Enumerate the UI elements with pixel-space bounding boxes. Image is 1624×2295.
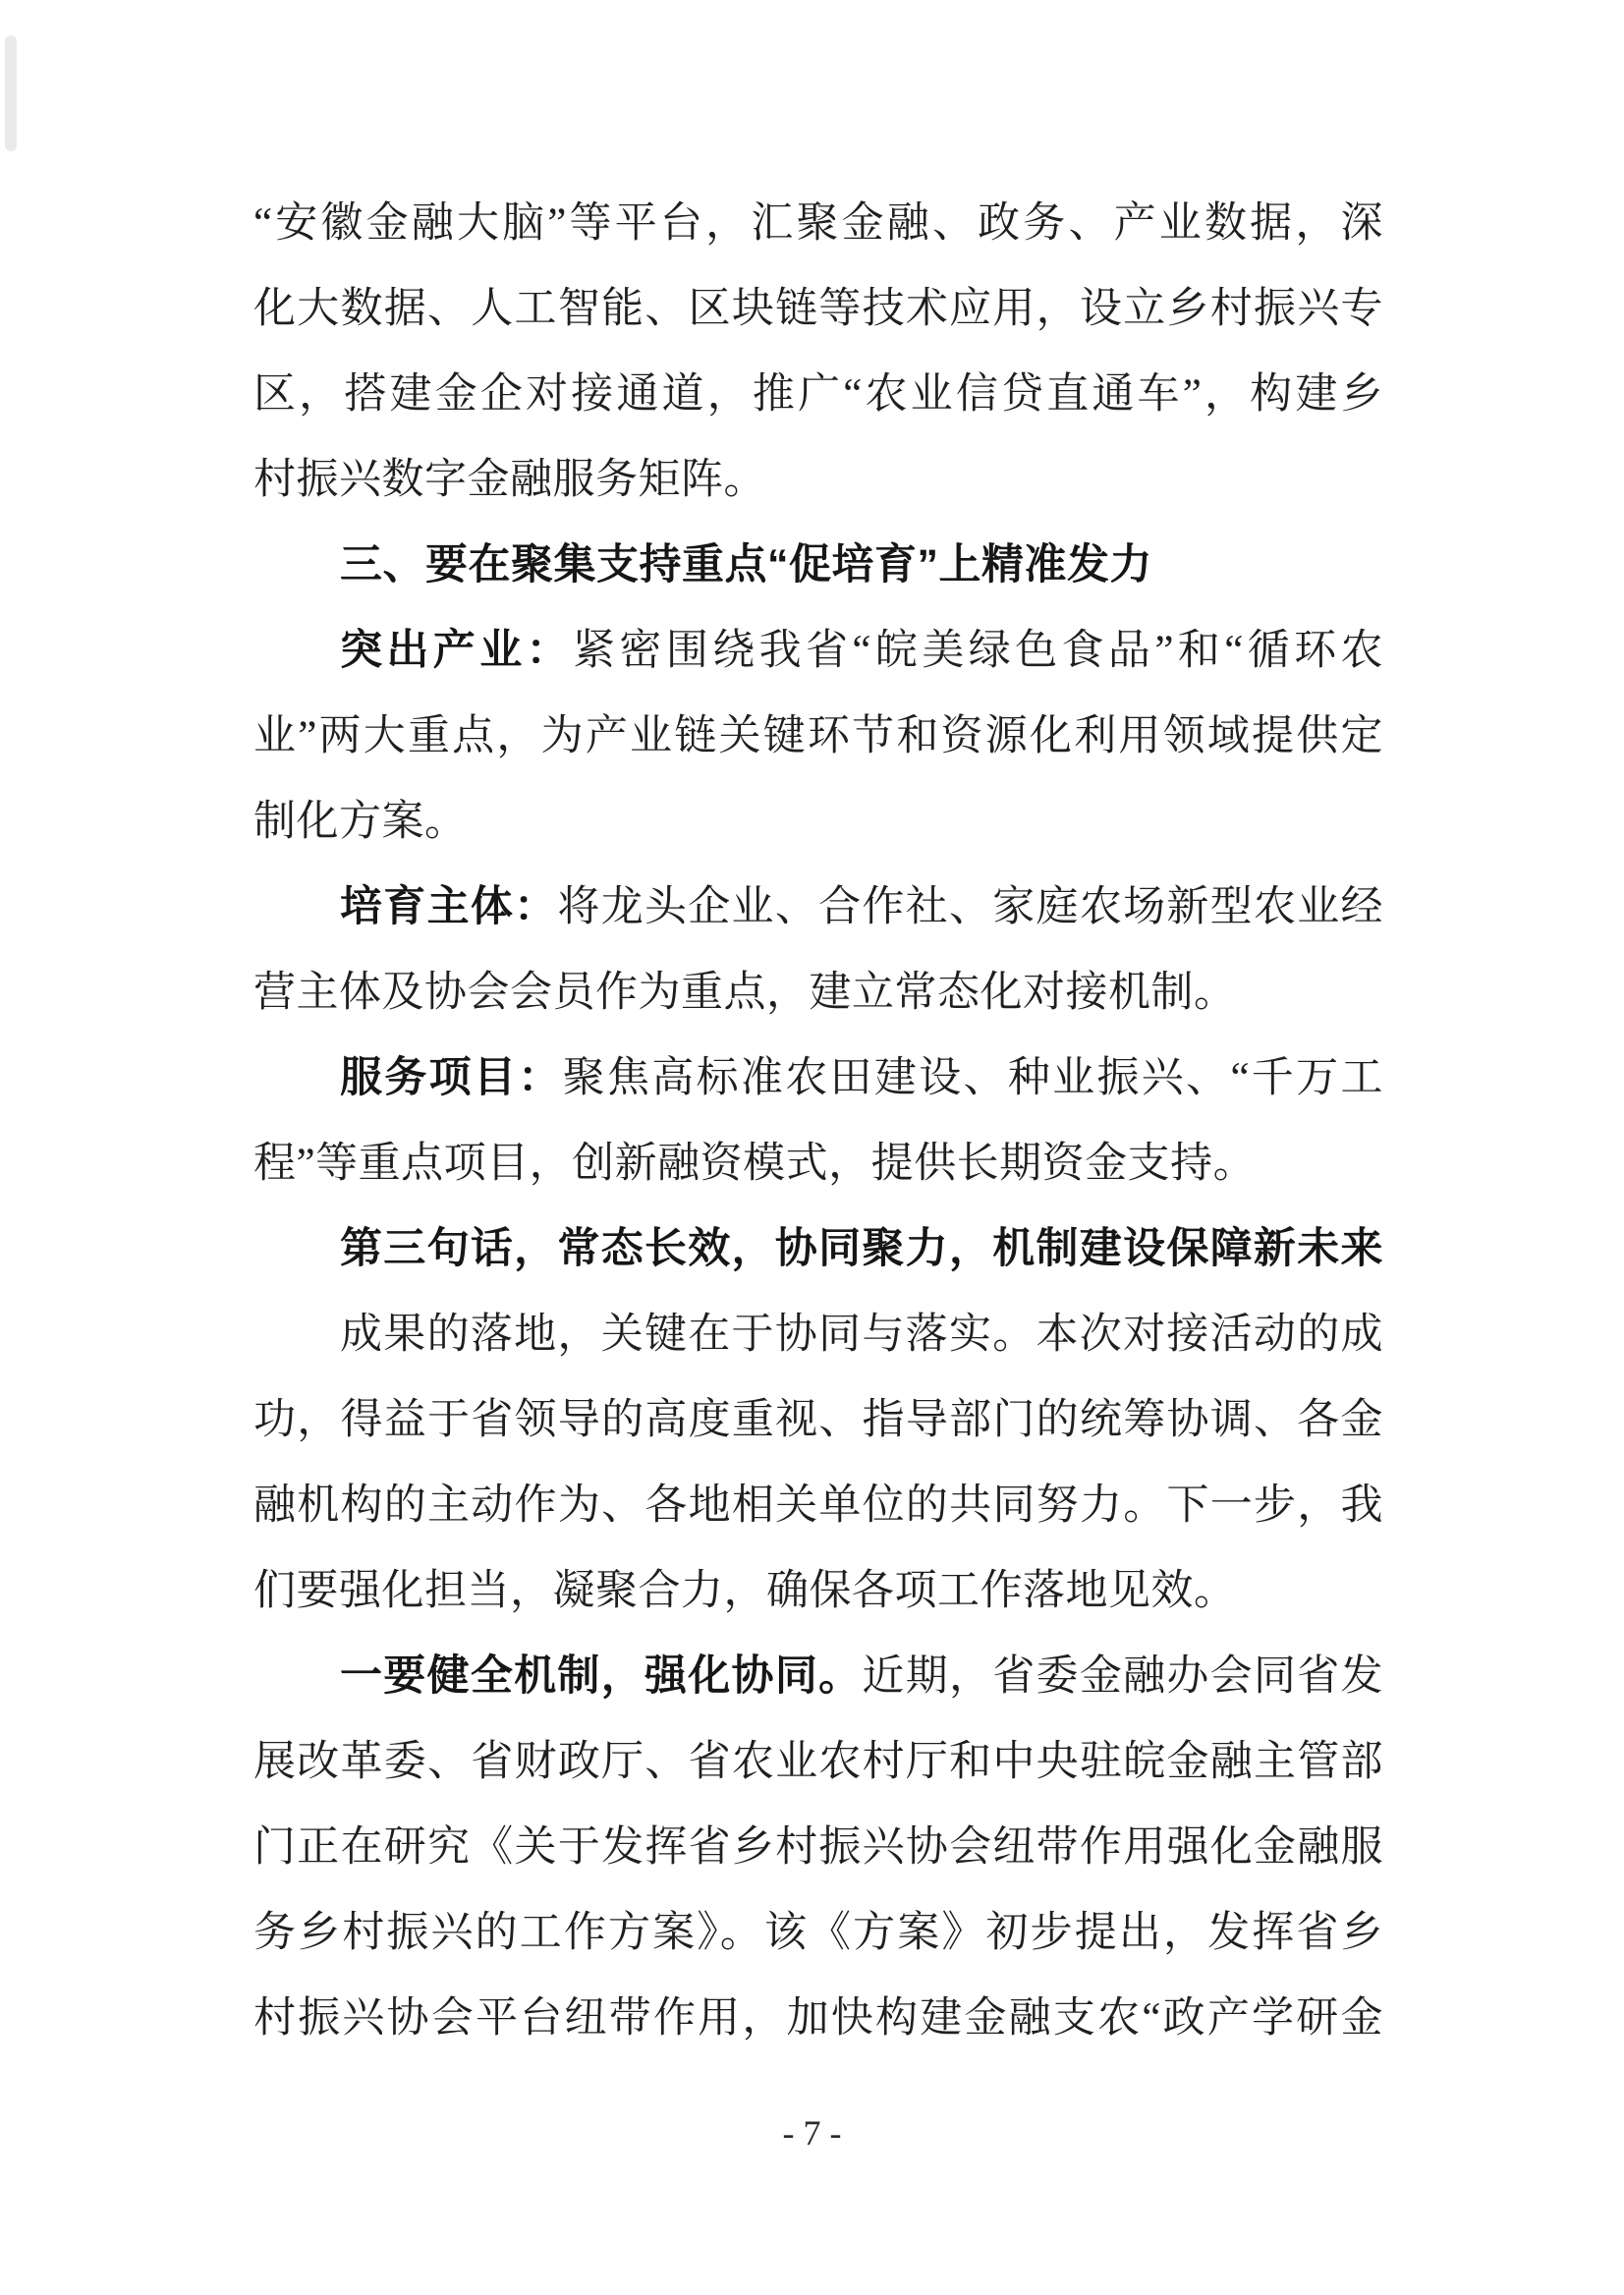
text-segment: 紧密围绕我省“皖美绿色食品”和“循环农 — [573, 628, 1383, 674]
text-segment: 近期，省委金融办会同省发 — [862, 1653, 1383, 1700]
text-segment: 门正在研究《关于发挥省乡村振兴协会纽带作用强化金融服 — [253, 1824, 1383, 1871]
scan-artifact — [5, 35, 17, 151]
text-line: 务乡村振兴的工作方案》。该《方案》初步提出，发挥省乡 — [253, 1890, 1383, 1976]
text-line: 第三句话，常态长效，协同聚力，机制建设保障新未来 — [253, 1206, 1383, 1292]
bold-text-segment: 服务项目： — [340, 1054, 563, 1101]
bold-text-segment: 一要健全机制，强化协同。 — [340, 1652, 862, 1700]
bold-text-segment: 培育主体： — [340, 883, 557, 930]
text-segment: 程”等重点项目，创新融资模式，提供长期资金支持。 — [253, 1141, 1256, 1187]
bold-text-segment: 突出产业： — [340, 627, 573, 674]
text-line: 三、要在聚集支持重点“促培育”上精准发力 — [253, 523, 1383, 608]
text-line: 成果的落地，关键在于协同与落实。本次对接活动的成 — [253, 1292, 1383, 1377]
text-segment: 融机构的主动作为、各地相关单位的共同努力。下一步，我 — [253, 1483, 1383, 1529]
document-page: “安徽金融大脑”等平台，汇聚金融、政务、产业数据，深化大数据、人工智能、区块链等… — [0, 0, 1624, 2295]
text-line: 服务项目：聚焦高标准农田建设、种业振兴、“千万工 — [253, 1036, 1383, 1121]
text-segment: 功，得益于省领导的高度重视、指导部门的统筹协调、各金 — [253, 1397, 1383, 1443]
text-segment: 们要强化担当，凝聚合力，确保各项工作落地见效。 — [253, 1568, 1237, 1614]
text-segment: 村振兴协会平台纽带作用，加快构建金融支农“政产学研金 — [253, 1995, 1383, 2042]
text-segment: “安徽金融大脑”等平台，汇聚金融、政务、产业数据，深 — [253, 200, 1383, 247]
bold-text-segment: 第三句话，常态长效，协同聚力，机制建设保障新未来 — [340, 1225, 1383, 1272]
text-segment: 务乡村振兴的工作方案》。该《方案》初步提出，发挥省乡 — [253, 1910, 1383, 1956]
text-line: 展改革委、省财政厅、省农业农村厅和中央驻皖金融主管部 — [253, 1719, 1383, 1805]
text-line: 营主体及协会会员作为重点，建立常态化对接机制。 — [253, 950, 1383, 1036]
text-line: 业”两大重点，为产业链关键环节和资源化利用领域提供定 — [253, 694, 1383, 779]
text-segment: 化大数据、人工智能、区块链等技术应用，设立乡村振兴专 — [253, 286, 1383, 332]
text-segment: 成果的落地，关键在于协同与落实。本次对接活动的成 — [340, 1312, 1383, 1358]
text-line: 村振兴数字金融服务矩阵。 — [253, 437, 1383, 523]
text-line: 村振兴协会平台纽带作用，加快构建金融支农“政产学研金 — [253, 1976, 1383, 2061]
text-line: 培育主体：将龙头企业、合作社、家庭农场新型农业经 — [253, 865, 1383, 950]
text-segment: 将龙头企业、合作社、家庭农场新型农业经 — [557, 884, 1383, 930]
text-line: 一要健全机制，强化协同。近期，省委金融办会同省发 — [253, 1634, 1383, 1719]
text-segment: 制化方案。 — [253, 799, 468, 845]
text-line: 化大数据、人工智能、区块链等技术应用，设立乡村振兴专 — [253, 266, 1383, 352]
text-line: 突出产业：紧密围绕我省“皖美绿色食品”和“循环农 — [253, 608, 1383, 694]
text-line: 融机构的主动作为、各地相关单位的共同努力。下一步，我 — [253, 1463, 1383, 1548]
text-segment: 营主体及协会会员作为重点，建立常态化对接机制。 — [253, 970, 1237, 1016]
text-segment: 村振兴数字金融服务矩阵。 — [253, 457, 766, 503]
text-line: 程”等重点项目，创新融资模式，提供长期资金支持。 — [253, 1121, 1383, 1206]
page-number: - 7 - — [0, 2108, 1624, 2157]
text-line: 功，得益于省领导的高度重视、指导部门的统筹协调、各金 — [253, 1377, 1383, 1463]
text-line: 们要强化担当，凝聚合力，确保各项工作落地见效。 — [253, 1548, 1383, 1634]
text-segment: 展改革委、省财政厅、省农业农村厅和中央驻皖金融主管部 — [253, 1739, 1383, 1785]
document-body: “安徽金融大脑”等平台，汇聚金融、政务、产业数据，深化大数据、人工智能、区块链等… — [253, 181, 1383, 2061]
bold-text-segment: 三、要在聚集支持重点“促培育”上精准发力 — [340, 541, 1152, 588]
text-line: 制化方案。 — [253, 779, 1383, 865]
text-segment: 聚焦高标准农田建设、种业振兴、“千万工 — [563, 1055, 1383, 1101]
text-segment: 业”两大重点，为产业链关键环节和资源化利用领域提供定 — [253, 713, 1383, 759]
text-segment: 区，搭建金企对接通道，推广“农业信贷直通车”，构建乡 — [253, 371, 1383, 418]
text-line: 门正在研究《关于发挥省乡村振兴协会纽带作用强化金融服 — [253, 1805, 1383, 1890]
text-line: 区，搭建金企对接通道，推广“农业信贷直通车”，构建乡 — [253, 352, 1383, 437]
text-line: “安徽金融大脑”等平台，汇聚金融、政务、产业数据，深 — [253, 181, 1383, 266]
